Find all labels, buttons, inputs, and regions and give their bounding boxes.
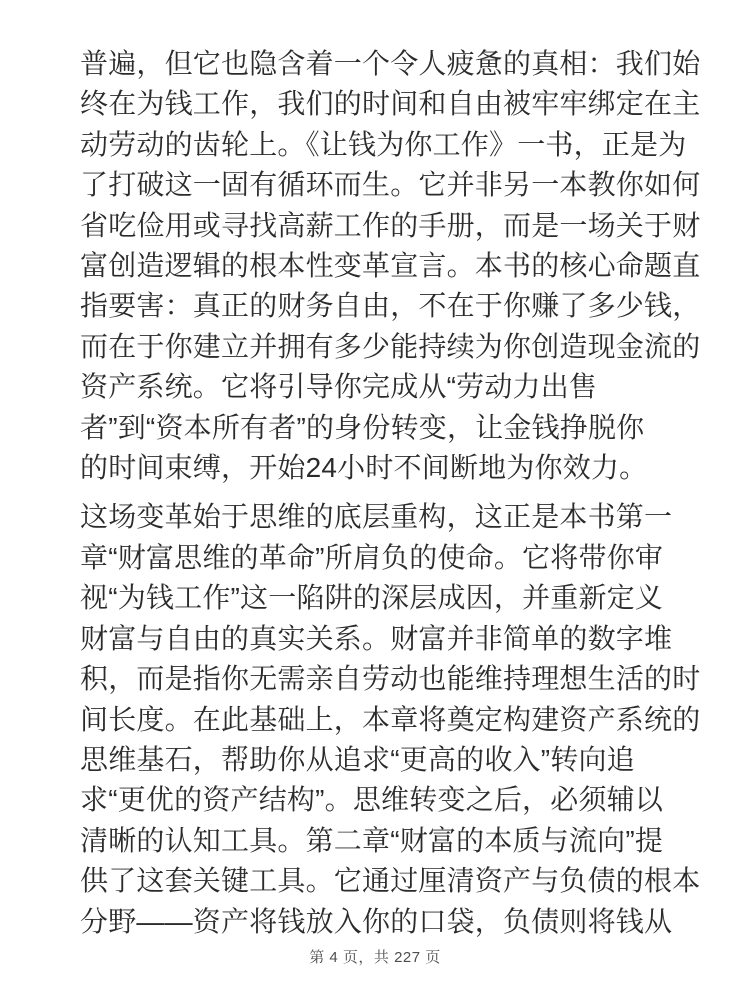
text-line: 富创造逻辑的根本性变革宣言。本书的核心命题直 [80, 246, 680, 286]
text-line: 而在于你建立并拥有多少能持续为你创造现金流的 [80, 327, 680, 367]
paragraph-1: 普遍，但它也隐含着一个令人疲惫的真相：我们始 终在为钱工作，我们的时间和自由被牢… [80, 44, 680, 488]
text-line: 普遍，但它也隐含着一个令人疲惫的真相：我们始 [80, 44, 680, 84]
text-line: 供了这套关键工具。它通过厘清资产与负债的根本 [80, 861, 680, 901]
text-line: 清晰的认知工具。第二章“财富的本质与流向”提 [80, 821, 680, 861]
page-number-footer: 第 4 页，共 227 页 [0, 946, 750, 967]
text-line: 章“财富思维的革命”所肩负的使命。它将带你审 [80, 538, 680, 578]
text-line: 资产系统。它将引导你完成从“劳动力出售 [80, 367, 680, 407]
text-line: 了打破这一固有循环而生。它并非另一本教你如何 [80, 165, 680, 205]
text-line: 财富与自由的真实关系。财富并非简单的数字堆 [80, 619, 680, 659]
text-line: 者”到“资本所有者”的身份转变，让金钱挣脱你 [80, 408, 680, 448]
text-line: 思维基石，帮助你从追求“更高的收入”转向追 [80, 740, 680, 780]
document-page: 普遍，但它也隐含着一个令人疲惫的真相：我们始 终在为钱工作，我们的时间和自由被牢… [0, 0, 750, 1000]
text-line: 间长度。在此基础上，本章将奠定构建资产系统的 [80, 700, 680, 740]
paragraph-2: 这场变革始于思维的底层重构，这正是本书第一 章“财富思维的革命”所肩负的使命。它… [80, 497, 680, 941]
text-line: 分野——资产将钱放入你的口袋，负债则将钱从 [80, 902, 680, 942]
text-line: 求“更优的资产结构”。思维转变之后，必须辅以 [80, 780, 680, 820]
text-line: 积，而是指你无需亲自劳动也能维持理想生活的时 [80, 659, 680, 699]
text-line: 的时间束缚，开始24小时不间断地为你效力。 [80, 448, 680, 488]
page-text-block: 普遍，但它也隐含着一个令人疲惫的真相：我们始 终在为钱工作，我们的时间和自由被牢… [80, 44, 680, 942]
text-line: 视“为钱工作”这一陷阱的深层成因，并重新定义 [80, 578, 680, 618]
text-line: 终在为钱工作，我们的时间和自由被牢牢绑定在主 [80, 84, 680, 124]
text-line: 省吃俭用或寻找高薪工作的手册，而是一场关于财 [80, 206, 680, 246]
text-line: 指要害：真正的财务自由，不在于你赚了多少钱， [80, 286, 680, 326]
text-line: 动劳动的齿轮上。《让钱为你工作》一书，正是为 [80, 125, 680, 165]
text-line: 这场变革始于思维的底层重构，这正是本书第一 [80, 497, 680, 537]
